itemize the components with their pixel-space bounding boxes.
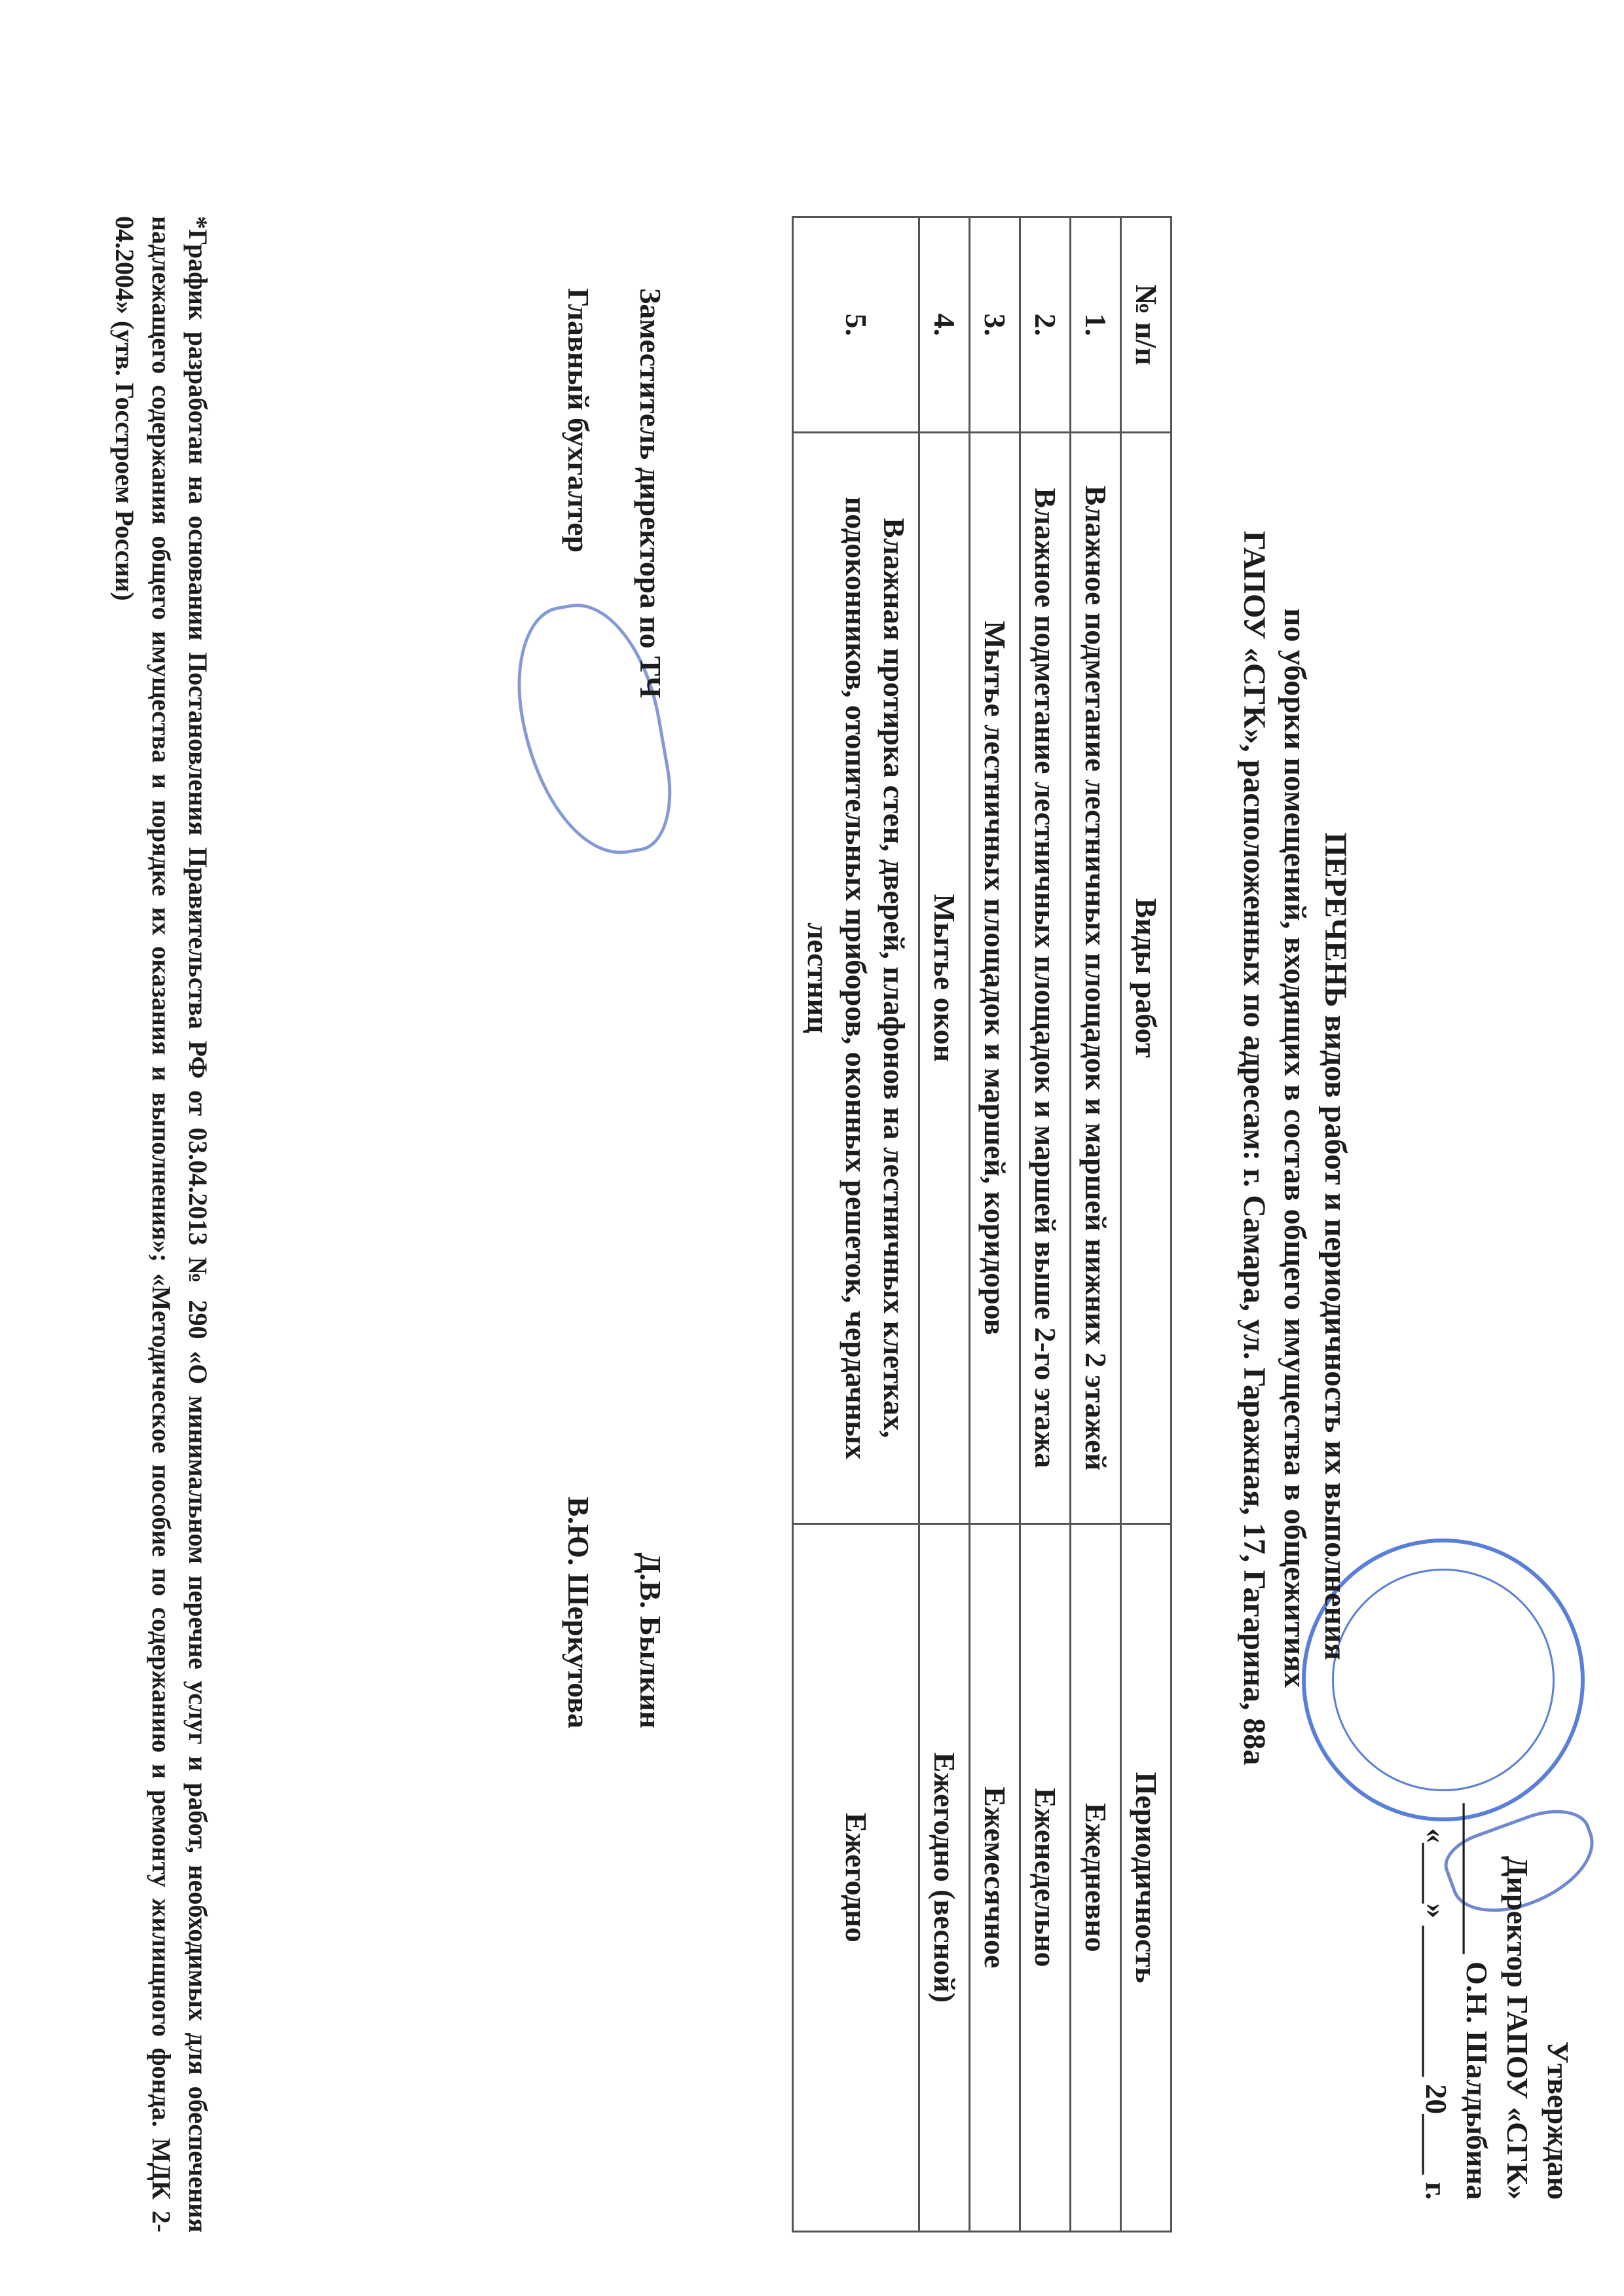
document-title: ПЕРЕЧЕНЬ видов работ и периодичность их … xyxy=(1234,0,1356,2296)
row-work: Влажное подметание лестничных площадок и… xyxy=(1071,433,1121,1524)
header-period: Периодичность xyxy=(1121,1523,1172,2231)
signature-role: Главный бухгалтер xyxy=(524,288,596,553)
table-row: 1. Влажное подметание лестничных площадо… xyxy=(1071,217,1121,2232)
approval-date: «____» __________ 20____ г. xyxy=(1416,1611,1456,2200)
row-work: Мытье окон xyxy=(919,433,970,1524)
approval-block: Утверждаю Директор ГАПОУ «СГК» _________… xyxy=(1416,1611,1578,2200)
row-period: Ежедневно xyxy=(1071,1523,1121,2231)
row-num: 3. xyxy=(970,217,1020,433)
header-work: Виды работ xyxy=(1121,433,1172,1524)
table-row: 4. Мытье окон Ежегодно (весной) xyxy=(919,217,970,2232)
title-line-2: по уборки помещений, входящих в состав о… xyxy=(1274,0,1315,2296)
header-num: № п/п xyxy=(1121,217,1172,433)
table-header-row: № п/п Виды работ Периодичность xyxy=(1121,217,1172,2232)
row-period: Ежемесячное xyxy=(970,1523,1020,2231)
signature-row: Заместитель директора по ТЧ Д.В. Былкин xyxy=(596,288,668,1728)
row-period: Ежегодно (весной) xyxy=(919,1523,970,2231)
approval-position: Директор ГАПОУ «СГК» xyxy=(1497,1611,1538,2200)
approval-name: __________ О.Н. Шалдыбина xyxy=(1456,1611,1497,2200)
table-row: 2. Влажное подметание лестничных площадо… xyxy=(1020,217,1071,2232)
row-num: 2. xyxy=(1020,217,1071,433)
row-num: 1. xyxy=(1071,217,1121,433)
title-line-3: ГАПОУ «СГК», расположенных по адресам: г… xyxy=(1234,0,1274,2296)
document-page: Утверждаю Директор ГАПОУ «СГК» _________… xyxy=(0,0,1624,2296)
footnote: *График разработан на основании Постанов… xyxy=(106,216,216,2232)
table-row: 5. Влажная протирка стен, дверей, плафон… xyxy=(793,217,919,2232)
row-period: Еженедельно xyxy=(1020,1523,1071,2231)
signatures-block: Заместитель директора по ТЧ Д.В. Былкин … xyxy=(524,288,668,1728)
row-num: 4. xyxy=(919,217,970,433)
row-work: Влажная протирка стен, дверей, плафонов … xyxy=(793,433,919,1524)
row-num: 5. xyxy=(793,217,919,433)
signature-row: Главный бухгалтер В.Ю. Шеркутова xyxy=(524,288,596,1728)
signature-name: В.Ю. Шеркутова xyxy=(524,1497,596,1728)
works-table: № п/п Виды работ Периодичность 1. Влажно… xyxy=(792,216,1172,2232)
signature-role: Заместитель директора по ТЧ xyxy=(596,288,668,699)
row-work: Мытье лестничных площадок и маршей, кори… xyxy=(970,433,1020,1524)
table-row: 3. Мытье лестничных площадок и маршей, к… xyxy=(970,217,1020,2232)
row-period: Ежегодно xyxy=(793,1523,919,2231)
signature-name: Д.В. Былкин xyxy=(596,1553,668,1728)
approval-label: Утверждаю xyxy=(1538,1611,1578,2200)
row-work: Влажное подметание лестничных площадок и… xyxy=(1020,433,1071,1524)
title-line-1: ПЕРЕЧЕНЬ видов работ и периодичность их … xyxy=(1315,196,1356,2296)
